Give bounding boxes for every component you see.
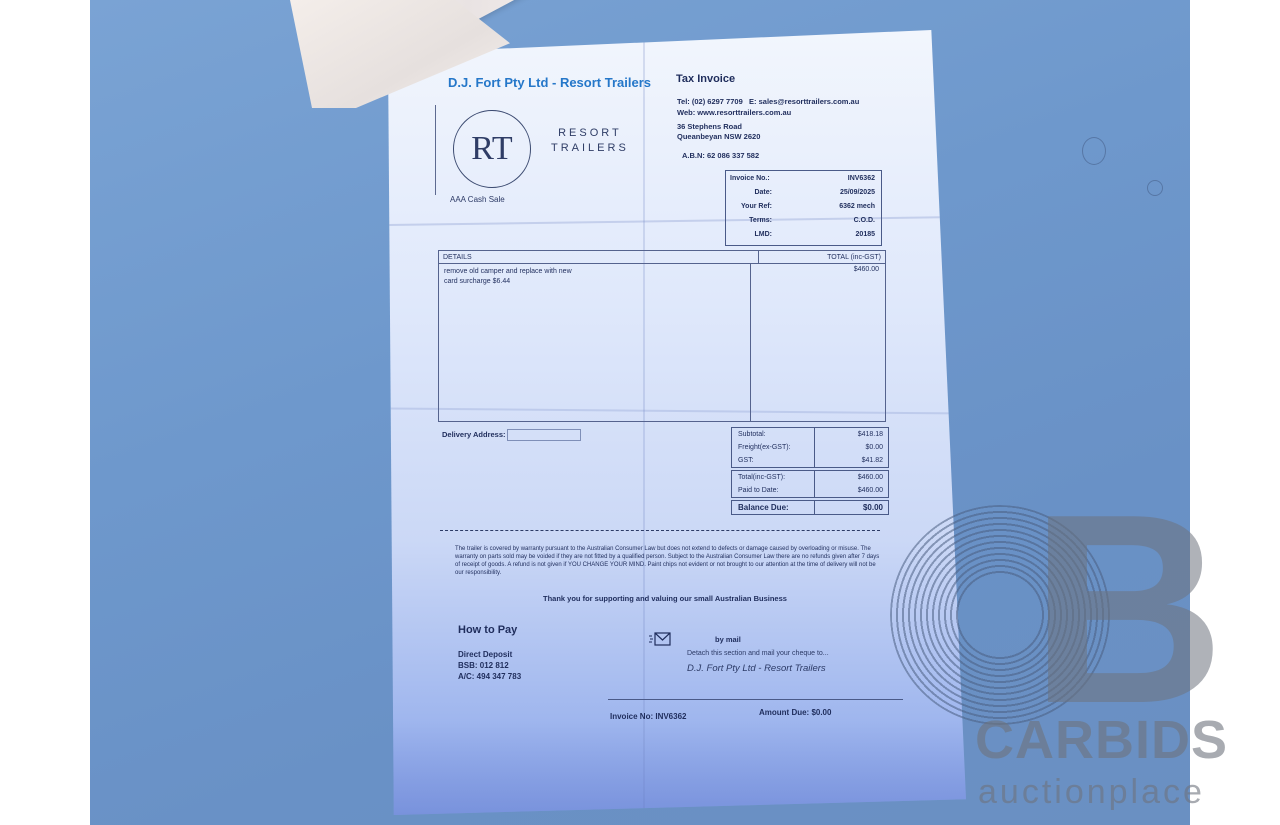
total-value: $460.00 [815, 474, 888, 481]
logo-word-1: RESORT [551, 126, 629, 141]
phone: Tel: (02) 6297 7709 [677, 97, 743, 106]
website: Web: www.resorttrailers.com.au [677, 107, 859, 118]
delivery-address-field [507, 429, 581, 441]
total-row: Total(inc-GST):$460.00 [732, 471, 888, 484]
meta-value: 6362 mech [839, 203, 875, 210]
address-line-2: Queanbeyan NSW 2620 [677, 132, 760, 142]
totals-table: Subtotal:$418.18 Freight(ex-GST):$0.00 G… [731, 427, 889, 515]
customer-name: AAA Cash Sale [450, 195, 505, 204]
remittance-amount-due: Amount Due: $0.00 [759, 708, 831, 717]
balance-value: $0.00 [815, 503, 888, 512]
gst-label: GST: [732, 454, 815, 467]
meta-row: Invoice No.:INV6362 [726, 171, 881, 185]
watermark-subtitle: auctionplace [978, 773, 1205, 811]
subtotal-value: $418.18 [815, 431, 888, 438]
address: 36 Stephens Road Queanbeyan NSW 2620 [677, 122, 760, 142]
company-header: D.J. Fort Pty Ltd - Resort Trailers [448, 75, 651, 90]
tear-line [440, 530, 880, 531]
details-column-header: DETAILS [439, 251, 759, 263]
delivery-address-label: Delivery Address: [442, 430, 506, 439]
paid-row: Paid to Date:$460.00 [732, 484, 888, 497]
totals-group: Subtotal:$418.18 Freight(ex-GST):$0.00 G… [731, 427, 889, 468]
logo-word-2: TRAILERS [551, 141, 629, 156]
how-to-pay-title: How to Pay [458, 624, 517, 636]
divider [435, 105, 436, 195]
meta-label: Invoice No.: [730, 175, 770, 182]
totals-group: Total(inc-GST):$460.00 Paid to Date:$460… [731, 470, 889, 498]
document-title: Tax Invoice [676, 73, 735, 85]
line-item: remove old camper and replace with new [444, 267, 745, 277]
meta-row: LMD:20185 [726, 227, 881, 241]
gst-row: GST:$41.82 [732, 454, 888, 467]
logo-monogram: RT [471, 130, 512, 168]
balance-label: Balance Due: [732, 501, 815, 514]
fold-crease [643, 30, 645, 815]
watermark-logo-b: B [1030, 507, 1252, 712]
paper-shadow [388, 720, 966, 815]
email: E: sales@resorttrailers.com.au [749, 97, 859, 106]
details-table: DETAILS TOTAL (inc-GST) remove old campe… [438, 250, 886, 422]
by-mail-label: by mail [715, 635, 741, 644]
subtotal-label: Subtotal: [732, 428, 815, 441]
abn: A.B.N: 62 086 337 582 [682, 151, 759, 160]
bsb: BSB: 012 812 [458, 660, 521, 671]
meta-value: INV6362 [848, 175, 875, 182]
total-column-header: TOTAL (inc-GST) [759, 254, 885, 261]
total-label: Total(inc-GST): [732, 471, 815, 484]
meta-label: LMD: [730, 231, 772, 238]
invoice-meta-box: Invoice No.:INV6362 Date:25/09/2025 Your… [725, 170, 882, 246]
meta-label: Date: [730, 189, 772, 196]
meta-label: Terms: [730, 217, 772, 224]
details-lines: remove old camper and replace with new c… [439, 264, 751, 421]
invoice-paper: D.J. Fort Pty Ltd - Resort Trailers RT R… [388, 30, 966, 815]
gst-value: $41.82 [815, 457, 888, 464]
logo-wordmark: RESORT TRAILERS [551, 126, 629, 156]
meta-value: 20185 [856, 231, 875, 238]
account-number: A/C: 494 347 783 [458, 671, 521, 682]
remittance-invoice-no: Invoice No: INV6362 [610, 712, 686, 721]
divider [608, 699, 903, 700]
meta-value: C.O.D. [854, 217, 875, 224]
thank-you-note: Thank you for supporting and valuing our… [543, 594, 787, 603]
details-header: DETAILS TOTAL (inc-GST) [439, 251, 885, 264]
meta-row: Terms:C.O.D. [726, 213, 881, 227]
subtotal-row: Subtotal:$418.18 [732, 428, 888, 441]
meta-row: Your Ref:6362 mech [726, 199, 881, 213]
address-line-1: 36 Stephens Road [677, 122, 760, 132]
contact-info: Tel: (02) 6297 7709 E: sales@resorttrail… [677, 96, 859, 118]
freight-label: Freight(ex-GST): [732, 441, 815, 454]
watermark-brand: CARBIDS [975, 712, 1228, 768]
paid-label: Paid to Date: [732, 484, 815, 497]
deposit-method: Direct Deposit [458, 649, 521, 660]
balance-due-row: Balance Due:$0.00 [731, 500, 889, 515]
warranty-notice: The trailer is covered by warranty pursu… [455, 545, 880, 577]
direct-deposit-info: Direct Deposit BSB: 012 812 A/C: 494 347… [458, 649, 521, 682]
mail-instruction: Detach this section and mail your cheque… [687, 650, 829, 657]
surface-mark [1082, 137, 1106, 165]
line-total: $460.00 [751, 264, 885, 421]
freight-value: $0.00 [815, 444, 888, 451]
envelope-icon [649, 632, 671, 646]
freight-row: Freight(ex-GST):$0.00 [732, 441, 888, 454]
payee-name: D.J. Fort Pty Ltd - Resort Trailers [687, 663, 826, 674]
rt-logo-icon: RT [453, 110, 531, 188]
meta-value: 25/09/2025 [840, 189, 875, 196]
surface-mark [1147, 180, 1163, 196]
meta-row: Date:25/09/2025 [726, 185, 881, 199]
meta-label: Your Ref: [730, 203, 772, 210]
details-body: remove old camper and replace with new c… [439, 264, 885, 421]
paid-value: $460.00 [815, 487, 888, 494]
line-item: card surcharge $6.44 [444, 277, 745, 287]
